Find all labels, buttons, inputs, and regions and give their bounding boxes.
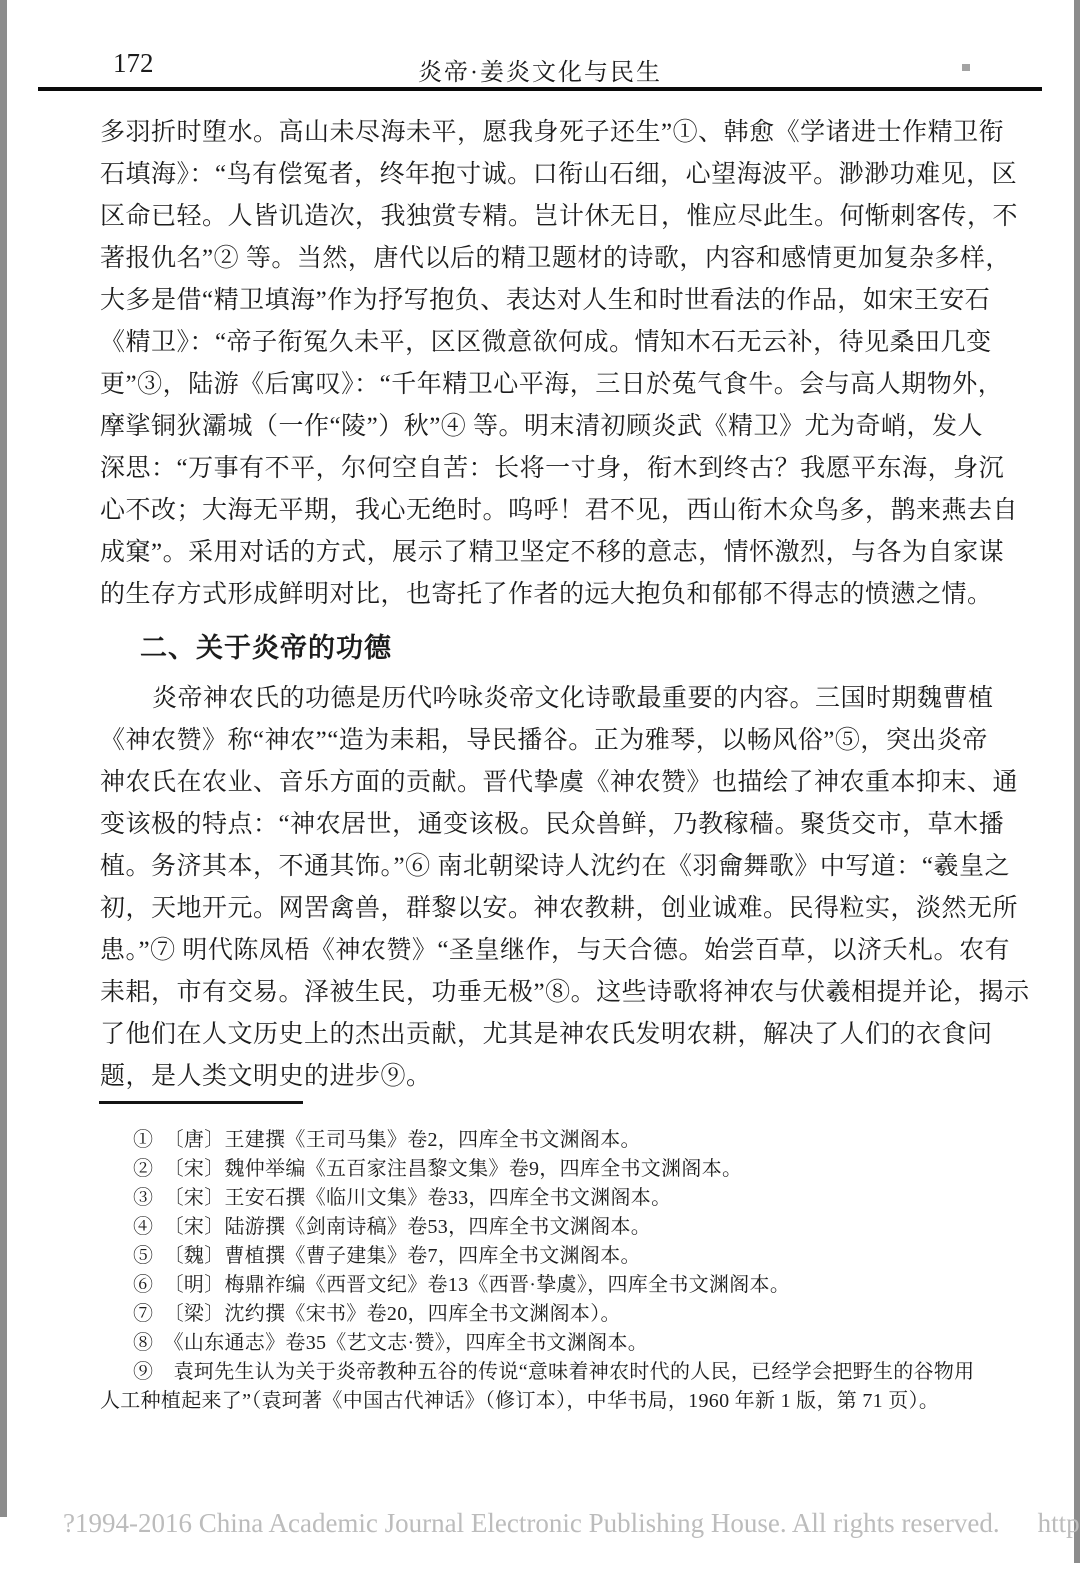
body-paragraph-2: 炎帝神农氏的功德是历代吟咏炎帝文化诗歌最重要的内容。三国时期魏曹植《神农赞》称“…	[100, 678, 985, 1098]
watermark-url: http://www.cnki.net	[1038, 1508, 1080, 1539]
body-text-line: 患。”⑦ 明代陈凤梧《神农赞》“圣皇继作，与天合德。始尝百草，以济夭札。农有	[100, 930, 985, 972]
body-text-line: 题，是人类文明史的进步⑨。	[100, 1056, 985, 1098]
body-text-line: 初，天地开元。网罟禽兽，群黎以安。神农教耕，创业诚难。民得粒实，淡然无所	[100, 888, 985, 930]
footnote-line: ③ 〔宋〕王安石撰《临川文集》卷33，四库全书文渊阁本。	[100, 1184, 1000, 1213]
body-text-line: 深思：“万事有不平，尔何空自苦：长将一寸身，衔木到终古？我愿平东海，身沉	[100, 448, 985, 490]
body-text-line: 摩挲铜狄灞城（一作“陵”）秋”④ 等。明末清初顾炎武《精卫》尤为奇峭，发人	[100, 406, 985, 448]
footnote-line: ⑥ 〔明〕梅鼎祚编《西晋文纪》卷13《西晋·挚虞》，四库全书文渊阁本。	[100, 1271, 1000, 1300]
body-text-line: 的生存方式形成鲜明对比，也寄托了作者的远大抱负和郁郁不得志的愤懑之情。	[100, 574, 985, 616]
footnote-line: ⑤ 〔魏〕曹植撰《曹子建集》卷7，四库全书文渊阁本。	[100, 1242, 1000, 1271]
body-text-line: 《神农赞》称“神农”“造为耒耜，导民播谷。正为雅琴，以畅风俗”⑤，突出炎帝	[100, 720, 985, 762]
watermark: ?1994-2016 China Academic Journal Electr…	[63, 1508, 1033, 1539]
footnote-separator-rule	[99, 1101, 303, 1104]
footnotes-block: ① 〔唐〕王建撰《王司马集》卷2，四库全书文渊阁本。② 〔宋〕魏仲举编《五百家注…	[100, 1126, 1000, 1416]
scan-edge-strip-right	[1074, 0, 1080, 1563]
body-text-line: 成窠”。采用对话的方式，展示了精卫坚定不移的意志，情怀激烈，与各为自家谋	[100, 532, 985, 574]
footnote-line: ④ 〔宋〕陆游撰《剑南诗稿》卷53，四库全书文渊阁本。	[100, 1213, 1000, 1242]
body-paragraph-1: 多羽折时堕水。高山未尽海未平，愿我身死子还生”①、韩愈《学诸进士作精卫衔石填海》…	[100, 112, 985, 616]
body-text-line: 了他们在人文历史上的杰出贡献，尤其是神农氏发明农耕，解决了人们的衣食问	[100, 1014, 985, 1056]
footnote-line: ⑧ 《山东通志》卷35《艺文志·赞》，四库全书文渊阁本。	[100, 1329, 1000, 1358]
body-text-line: 区命已轻。人皆讥造次，我独赏专精。岂计休无日，惟应尽此生。何惭刺客传，不	[100, 196, 985, 238]
body-text-line: 更”③，陆游《后寓叹》：“千年精卫心平海，三日於菟气食牛。会与高人期物外，	[100, 364, 985, 406]
footnote-line: ⑦ 〔梁〕沈约撰《宋书》卷20，四库全书文渊阁本）。	[100, 1300, 1000, 1329]
body-text-line: 著报仇名”② 等。当然，唐代以后的精卫题材的诗歌，内容和感情更加复杂多样，	[100, 238, 985, 280]
body-text-line: 石填海》：“鸟有偿冤者，终年抱寸诚。口衔山石细，心望海波平。渺渺功难见，区	[100, 154, 985, 196]
body-text-line: 炎帝神农氏的功德是历代吟咏炎帝文化诗歌最重要的内容。三国时期魏曹植	[100, 678, 985, 720]
footnote-line: ② 〔宋〕魏仲举编《五百家注昌黎文集》卷9，四库全书文渊阁本。	[100, 1155, 1000, 1184]
body-text-line: 神农氏在农业、音乐方面的贡献。晋代挚虞《神农赞》也描绘了神农重本抑末、通	[100, 762, 985, 804]
footnote-line: ① 〔唐〕王建撰《王司马集》卷2，四库全书文渊阁本。	[100, 1126, 1000, 1155]
body-text-line: 植。务济其本，不通其饰。”⑥ 南北朝梁诗人沈约在《羽龠舞歌》中写道：“羲皇之	[100, 846, 985, 888]
body-text-line: 变该极的特点：“神农居世，通变该极。民众兽鲜，乃教稼穑。聚货交市，草木播	[100, 804, 985, 846]
scan-edge-strip-left	[0, 0, 7, 1517]
body-text-line: 心不改；大海无平期，我心无绝时。呜呼！君不见，西山衔木众鸟多，鹊来燕去自	[100, 490, 985, 532]
body-text-line: 《精卫》：“帝子衔冤久未平，区区微意欲何成。情知木石无云补，待见桑田几变	[100, 322, 985, 364]
footnote-line: 人工种植起来了”（袁珂著《中国古代神话》（修订本），中华书局，1960 年新 1…	[100, 1387, 1000, 1416]
body-text-line: 多羽折时堕水。高山未尽海未平，愿我身死子还生”①、韩愈《学诸进士作精卫衔	[100, 112, 985, 154]
watermark-text: ?1994-2016 China Academic Journal Electr…	[63, 1508, 1000, 1539]
header-rule	[38, 87, 1042, 91]
section-heading: 二、关于炎帝的功德	[140, 626, 392, 665]
body-text-line: 大多是借“精卫填海”作为抒写抱负、表达对人生和时世看法的作品，如宋王安石	[100, 280, 985, 322]
body-text-line: 耒耜，市有交易。泽被生民，功垂无极”⑧。这些诗歌将神农与伏羲相提并论，揭示	[100, 972, 985, 1014]
running-head-title: 炎帝·姜炎文化与民生	[0, 52, 1080, 87]
scanned-page: 172 炎帝·姜炎文化与民生 多羽折时堕水。高山未尽海未平，愿我身死子还生”①、…	[0, 0, 1080, 1569]
footnote-line: ⑨ 袁珂先生认为关于炎帝教种五谷的传说“意味着神农时代的人民，已经学会把野生的谷…	[100, 1358, 1000, 1387]
